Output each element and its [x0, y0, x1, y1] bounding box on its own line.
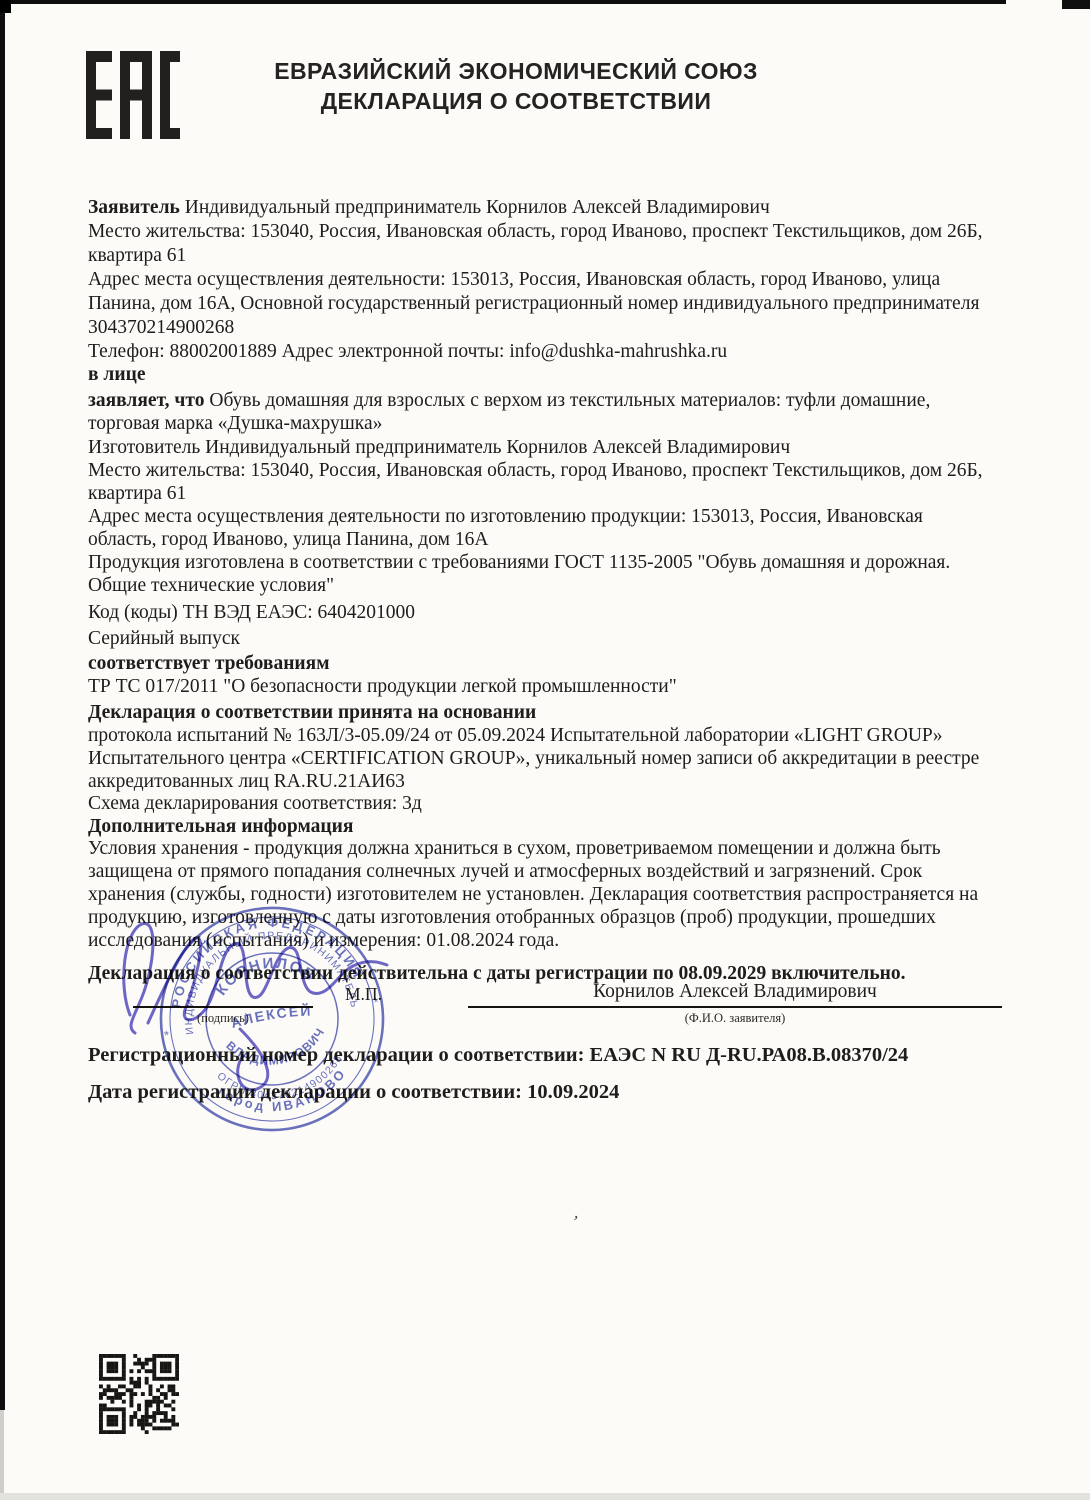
doc-line: Адрес места осуществления деятельности: … — [88, 269, 940, 291]
scan-edge-left-lower — [0, 1410, 4, 1500]
doc-line: в лице — [88, 364, 145, 386]
doc-line: Изготовитель Индивидуальный предпринимат… — [88, 437, 790, 459]
scan-corner-top-left — [0, 0, 11, 13]
doc-line: квартира 61 — [88, 245, 186, 267]
doc-line: протокола испытаний № 163Л/3-05.09/24 от… — [88, 725, 943, 747]
doc-line: Адрес места осуществления деятельности п… — [88, 506, 923, 528]
doc-line: Схема декларирования соответствия: 3д — [88, 793, 422, 815]
doc-line: Место жительства: 153040, Россия, Иванов… — [88, 221, 983, 243]
eac-logo-icon — [86, 50, 180, 140]
qr-code — [99, 1354, 179, 1434]
scanned-declaration-page: ’ ЕВРАЗИЙСКИЙ ЭКОНОМИЧЕСКИЙ СОЮЗ ДЕКЛАРА… — [0, 0, 1090, 1500]
applicant-fio: Корнилов Алексей Владимирович — [468, 981, 1002, 1003]
doc-line: Место жительства: 153040, Россия, Иванов… — [88, 460, 983, 482]
doc-line: Дополнительная информация — [88, 816, 353, 838]
doc-line: 304370214900268 — [88, 317, 234, 339]
title-line-2: ДЕКЛАРАЦИЯ О СООТВЕТСТВИИ — [216, 86, 816, 116]
doc-line: заявляет, что Обувь домашняя для взрослы… — [88, 390, 930, 412]
fio-line — [468, 1006, 1002, 1008]
doc-line: Код (коды) ТН ВЭД ЕАЭС: 6404201000 — [88, 602, 415, 624]
doc-line: Серийный выпуск — [88, 628, 240, 650]
doc-line: Панина, дом 16А, Основной государственны… — [88, 293, 979, 315]
doc-line: квартира 61 — [88, 483, 186, 505]
title-line-1: ЕВРАЗИЙСКИЙ ЭКОНОМИЧЕСКИЙ СОЮЗ — [216, 56, 816, 86]
doc-line: Общие технические условия" — [88, 575, 334, 597]
fio-caption: (Ф.И.О. заявителя) — [468, 1011, 1002, 1026]
doc-line: ТР ТС 017/2011 "О безопасности продукции… — [88, 676, 677, 698]
handwritten-signature — [90, 895, 450, 1105]
doc-line: защищена от прямого попадания солнечных … — [88, 861, 922, 883]
doc-line: аккредитованных лиц RA.RU.21АИ63 — [88, 771, 405, 793]
scan-edge-top — [0, 0, 1006, 4]
doc-line: Продукция изготовлена в соответствии с т… — [88, 552, 950, 574]
doc-line: область, город Иваново, улица Панина, до… — [88, 529, 488, 551]
doc-line: торговая марка «Душка-махрушка» — [88, 413, 382, 435]
scan-edge-left — [0, 0, 5, 1410]
document-title: ЕВРАЗИЙСКИЙ ЭКОНОМИЧЕСКИЙ СОЮЗ ДЕКЛАРАЦИ… — [216, 56, 816, 116]
doc-line: Заявитель Индивидуальный предприниматель… — [88, 197, 770, 219]
scan-corner-top-right — [1062, 0, 1090, 9]
doc-line: Телефон: 88002001889 Адрес электронной п… — [88, 341, 727, 363]
doc-line: Испытательного центра «CERTIFICATION GRO… — [88, 748, 979, 770]
scan-speck: ’ — [570, 1212, 580, 1233]
doc-line: Декларация о соответствии принята на осн… — [88, 702, 536, 724]
scan-edge-bottom — [0, 1493, 1090, 1500]
doc-line: Условия хранения - продукция должна хран… — [88, 838, 941, 860]
doc-line: соответствует требованиям — [88, 653, 330, 675]
